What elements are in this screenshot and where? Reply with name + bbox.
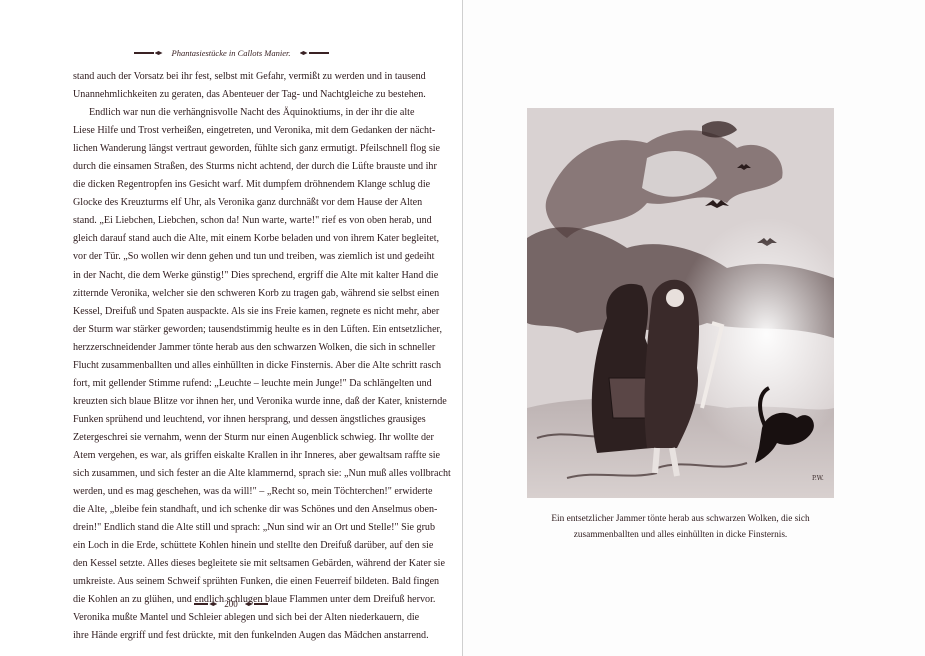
text-line: zitternde Veronika, welcher sie den schw… (73, 285, 413, 303)
text-line: kreuzten sich blaue Blitze vor ihnen her… (73, 393, 413, 411)
running-head-title: Phantasiestücke in Callots Manier. (172, 48, 291, 58)
text-line: Kessel, Dreifuß und Spaten auspackte. Al… (73, 303, 413, 321)
text-line: Liese Hilfe und Trost verheißen, eingetr… (73, 122, 413, 140)
text-line: ihre Hände ergriff und fest drückte, mit… (73, 627, 413, 645)
illustration-caption: Ein entsetzlicher Jammer tönte herab aus… (527, 511, 834, 543)
text-line: die Alte, „bleibe fein standhaft, und ic… (73, 501, 413, 519)
text-line: gleich darauf stand auch die Alte, mit e… (73, 230, 413, 248)
folio-ornament-left-icon (194, 602, 218, 606)
text-line: Veronika mußte Mantel und Schleier ableg… (73, 609, 413, 627)
text-line: stand. „Ei Liebchen, Liebchen, schon da!… (73, 212, 413, 230)
text-line: in der Nacht, die dem Werke günstig!" Di… (73, 267, 413, 285)
text-line: der Sturm war stärker geworden; tausends… (73, 321, 413, 339)
text-line: drein!" Endlich stand die Alte still und… (73, 519, 413, 537)
text-line: lichen Wanderung längst vertraut geworde… (73, 140, 413, 158)
caption-line-2: zusammenballten und alles einhüllten in … (527, 527, 834, 543)
text-line: vor der Tür. „So wollen wir denn gehen u… (73, 248, 413, 266)
text-line: umkreiste. Aus seinem Schweif sprühten F… (73, 573, 413, 591)
body-text: stand auch der Vorsatz bei ihr fest, sel… (73, 68, 413, 646)
text-line: Atem vergehen, es war, als griffen eiska… (73, 447, 413, 465)
text-line: herzzerschneidender Jammer tönte herab a… (73, 339, 413, 357)
engraving-image: P.W. (527, 108, 834, 498)
text-line: Unannehmlichkeiten zu geraten, das Abent… (73, 86, 413, 104)
running-head: Phantasiestücke in Callots Manier. (0, 48, 462, 58)
ornament-left-icon (134, 51, 164, 55)
text-line: Flucht zusammenballten und alles einhüll… (73, 357, 413, 375)
ornament-right-icon (299, 51, 329, 55)
left-page: Phantasiestücke in Callots Manier. stand… (0, 0, 462, 656)
text-line: Funken sprühend und leuchtend, vor ihnen… (73, 411, 413, 429)
text-line: Endlich war nun die verhängnisvolle Nach… (73, 104, 413, 122)
caption-line-1: Ein entsetzlicher Jammer tönte herab aus… (527, 511, 834, 527)
page-folio: 200 (0, 599, 462, 609)
folio-ornament-right-icon (244, 602, 268, 606)
text-line: stand auch der Vorsatz bei ihr fest, sel… (73, 68, 413, 86)
page-number: 200 (224, 599, 238, 609)
text-line: werden, und es mag geschehen, was da wil… (73, 483, 413, 501)
book-spread: Phantasiestücke in Callots Manier. stand… (0, 0, 925, 656)
text-line: den Kessel setzte. Alles dieses begleite… (73, 555, 413, 573)
text-line: ein Loch in die Erde, schüttete Kohlen h… (73, 537, 413, 555)
engraver-signature: P.W. (812, 475, 824, 482)
text-line: die dicken Regentropfen ins Gesicht warf… (73, 176, 413, 194)
text-line: sich zusammen, und sich fester an die Al… (73, 465, 413, 483)
text-line: fort, mit gellender Stimme rufend: „Leuc… (73, 375, 413, 393)
engraving-illustration: P.W. (527, 108, 834, 498)
text-line: Glocke des Kreuzturms elf Uhr, als Veron… (73, 194, 413, 212)
text-line: durch die einsamen Straßen, des Sturms n… (73, 158, 413, 176)
text-line: Zetergeschrei sie vernahm, wenn der Stur… (73, 429, 413, 447)
